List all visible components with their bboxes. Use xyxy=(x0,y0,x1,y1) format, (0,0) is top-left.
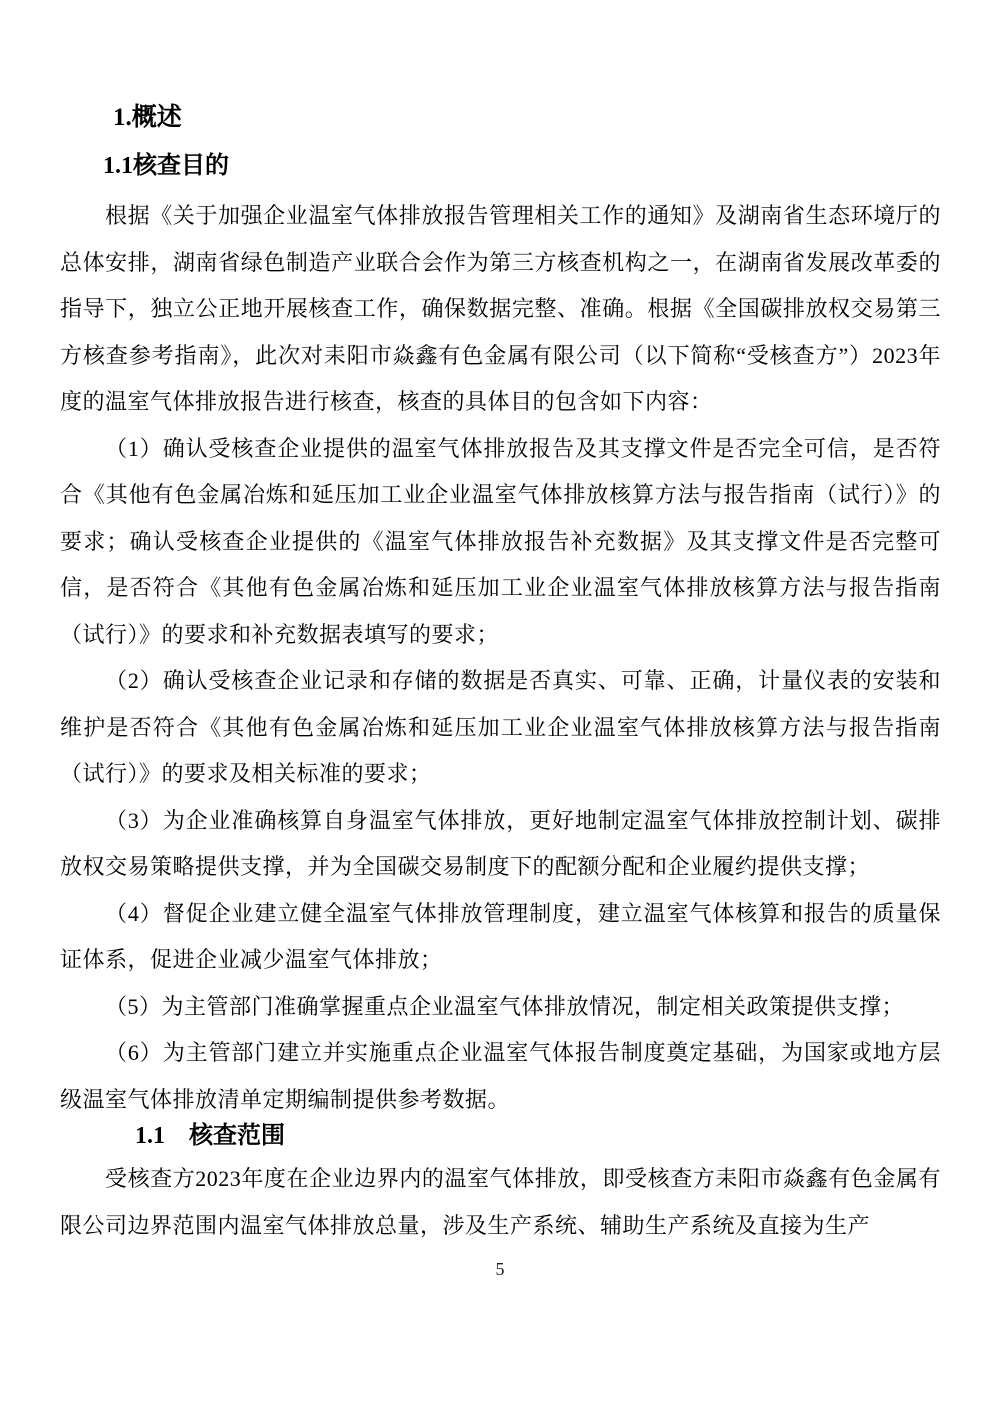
section-heading-overview: 1.概述 xyxy=(113,0,941,132)
purpose-item-5: （5）为主管部门准确掌握重点企业温室气体排放情况，制定相关政策提供支撑； xyxy=(60,984,941,1031)
purpose-item-1: （1）确认受核查企业提供的温室气体排放报告及其支撑文件是否完全可信，是否符合《其… xyxy=(60,426,941,659)
subsection-heading-verification-purpose: 1.1核查目的 xyxy=(103,153,941,180)
document-page: 1.概述 1.1核查目的 根据《关于加强企业温室气体排放报告管理相关工作的通知》… xyxy=(0,0,1000,1414)
subsection-heading-verification-scope: 1.1 核查范围 xyxy=(135,1123,941,1150)
purpose-item-4: （4）督促企业建立健全温室气体排放管理制度，建立温室气体核算和报告的质量保证体系… xyxy=(60,891,941,984)
purpose-item-6: （6）为主管部门建立并实施重点企业温室气体报告制度奠定基础，为国家或地方层级温室… xyxy=(60,1030,941,1123)
purpose-item-2: （2）确认受核查企业记录和存储的数据是否真实、可靠、正确，计量仪表的安装和维护是… xyxy=(60,658,941,798)
scope-intro-paragraph: 受核查方2023年度在企业边界内的温室气体排放，即受核查方耒阳市焱鑫有色金属有限… xyxy=(60,1156,941,1249)
page-number: 5 xyxy=(0,1258,1000,1280)
purpose-intro-paragraph: 根据《关于加强企业温室气体排放报告管理相关工作的通知》及湖南省生态环境厅的总体安… xyxy=(60,193,941,426)
purpose-item-3: （3）为企业准确核算自身温室气体排放，更好地制定温室气体排放控制计划、碳排放权交… xyxy=(60,798,941,891)
